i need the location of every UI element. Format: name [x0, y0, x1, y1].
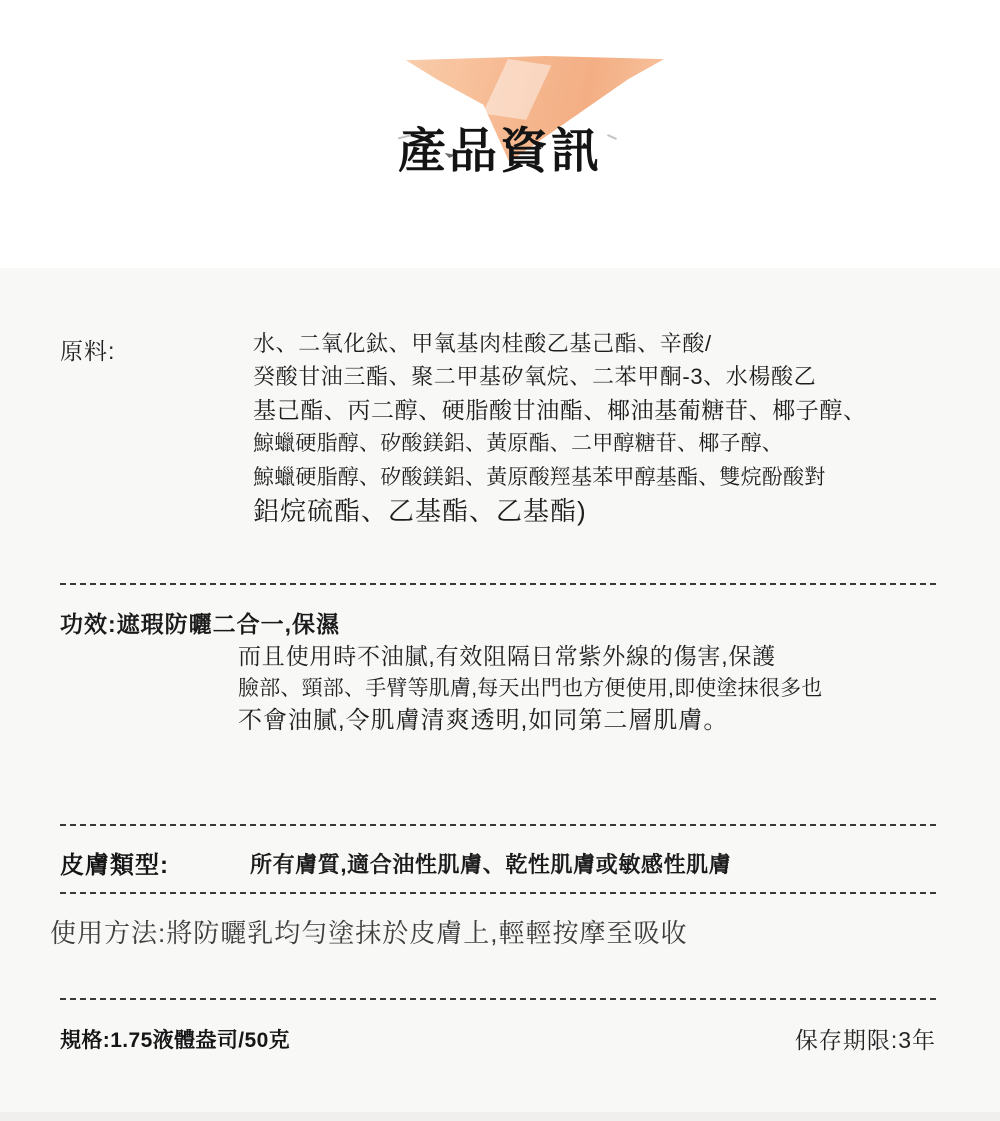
efficacy-line: 而且使用時不油膩,有效阻隔日常紫外線的傷害,保護	[238, 640, 958, 673]
ingredients-line: 基己酯、丙二醇、硬脂酸甘油酯、椰油基葡糖苷、椰子醇、	[253, 394, 953, 427]
usage-instructions: 使用方法:將防曬乳均勻塗抹於皮膚上,輕輕按摩至吸收	[50, 913, 687, 950]
page-title: 產品資訊	[0, 112, 1000, 181]
efficacy-text: 而且使用時不油膩,有效阻隔日常紫外線的傷害,保護 臉部、頸部、手臂等肌膚,每天出…	[238, 640, 958, 738]
dashed-divider	[60, 583, 936, 585]
panel-bottom-strip	[0, 1112, 1000, 1121]
ingredients-text: 水、二氧化鈦、甲氧基肉桂酸乙基己酯、辛酸/ 癸酸甘油三酯、聚二甲基矽氧烷、二苯甲…	[253, 327, 953, 529]
ingredients-line: 癸酸甘油三酯、聚二甲基矽氧烷、二苯甲酮-3、水楊酸乙	[253, 360, 953, 393]
ingredients-line: 鯨蠟硬脂醇、矽酸鎂鋁、黃原酯、二甲醇糖苷、椰子醇、	[253, 427, 953, 460]
efficacy-heading: 功效:遮瑕防曬二合一,保濕	[60, 606, 340, 639]
ingredients-line: 鯨蠟硬脂醇、矽酸鎂鋁、黃原酸羥基苯甲醇基酯、雙烷酚酸對	[253, 461, 953, 494]
skin-type-value: 所有膚質,適合油性肌膚、乾性肌膚或敏感性肌膚	[250, 848, 731, 879]
skin-type-label: 皮膚類型:	[60, 845, 169, 880]
dashed-divider	[60, 998, 936, 1000]
efficacy-line: 不會油膩,令肌膚清爽透明,如同第二層肌膚。	[238, 705, 958, 738]
ingredients-label: 原料:	[60, 333, 115, 366]
product-info-page: 產品資訊 原料: 水、二氧化鈦、甲氧基肉桂酸乙基己酯、辛酸/ 癸酸甘油三酯、聚二…	[0, 0, 1000, 1121]
dashed-divider	[60, 892, 936, 894]
spec-value: 規格:1.75液體盎司/50克	[60, 1024, 290, 1054]
shelf-life-value: 保存期限:3年	[795, 1022, 936, 1055]
ingredients-line: 鋁烷硫酯、乙基酯、乙基酯)	[253, 494, 953, 529]
efficacy-line: 臉部、頸部、手臂等肌膚,每天出門也方便使用,即使塗抹很多也	[238, 673, 958, 706]
dashed-divider	[60, 824, 936, 826]
ingredients-line: 水、二氧化鈦、甲氧基肉桂酸乙基己酯、辛酸/	[253, 327, 953, 360]
